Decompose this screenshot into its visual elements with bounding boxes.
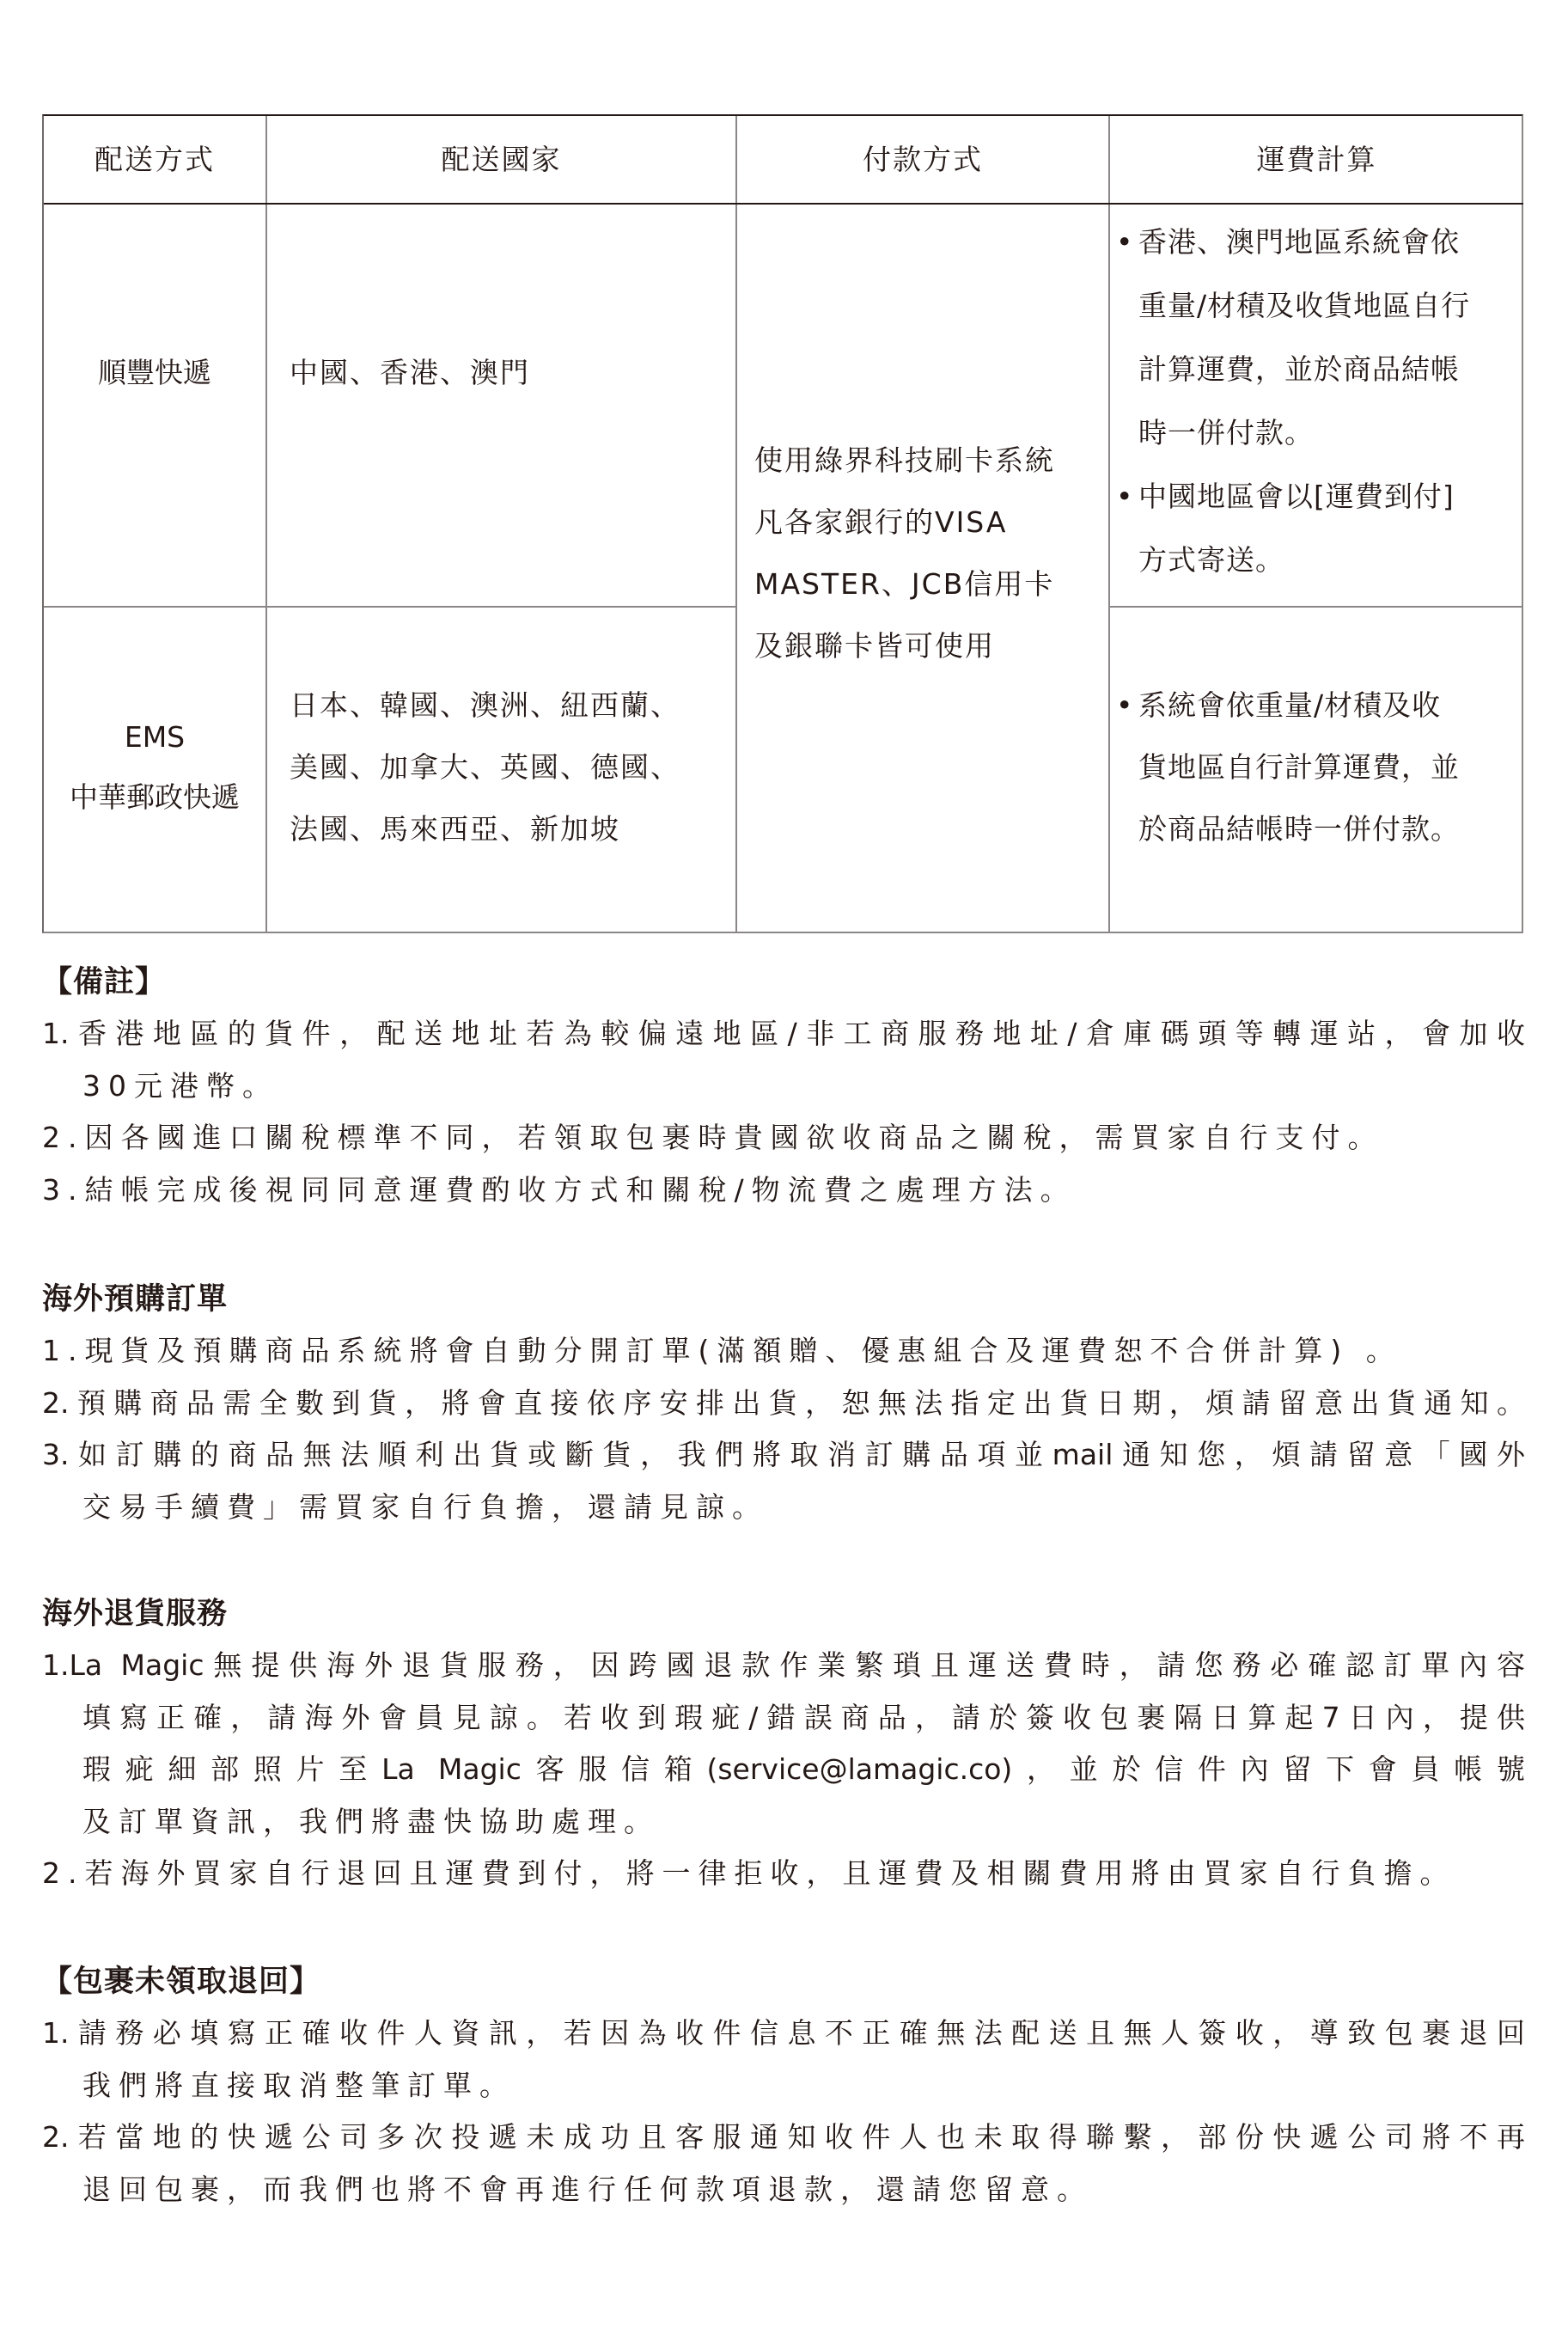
- column-divider: [265, 116, 267, 933]
- row1-countries: 中國、香港、澳門: [290, 341, 530, 404]
- country-line: 日本、韓國、澳洲、紐西蘭、: [290, 675, 680, 737]
- payment-line: 凡各家銀行的VISA: [754, 492, 1115, 553]
- method-subname: 中華郵政快遞: [44, 767, 265, 828]
- method-name: EMS: [44, 707, 265, 767]
- preorder-title: 海外預購訂單: [42, 1274, 1525, 1325]
- row2-fee: • 系統會依重量/材積及收 貨地區自行計算運費，並 於商品結帳時一併付款。: [1113, 675, 1522, 860]
- preorder-line: 3.如訂購的商品無法順利出貨或斷貨，我們將取消訂購品項並mail通知您，煩請留意…: [42, 1429, 1525, 1482]
- notes-line: 2.因各國進口關稅標準不同，若領取包裹時貴國欲收商品之關稅，需買家自行支付。: [42, 1112, 1525, 1164]
- notes-title: 【備註】: [42, 957, 1525, 1008]
- row-divider: [1108, 606, 1523, 608]
- row1-fee: • 香港、澳門地區系統會依 重量/材積及收貨地區自行 計算運費，並於商品結帳 時…: [1113, 211, 1522, 592]
- row2-countries: 日本、韓國、澳洲、紐西蘭、 美國、加拿大、英國、德國、 法國、馬來西亞、新加坡: [290, 675, 680, 860]
- returns-line: 2.若海外買家自行退回且運費到付，將一律拒收，且運費及相關費用將由買家自行負擔。: [42, 1848, 1525, 1900]
- unclaimed-section: 【包裹未領取退回】 1.請務必填寫正確收件人資訊，若因為收件信息不正確無法配送且…: [42, 1956, 1525, 2216]
- row1-method: 順豐快遞: [44, 341, 265, 404]
- fee-line: 時一併付款。: [1138, 401, 1522, 465]
- returns-line: 填寫正確，請海外會員見諒。若收到瑕疵/錯誤商品，請於簽收包裹隔日算起7日內，提供: [42, 1692, 1525, 1745]
- row2-method: EMS 中華郵政快遞: [44, 707, 265, 828]
- unclaimed-title: 【包裹未領取退回】: [42, 1956, 1525, 2008]
- returns-line: 1.La Magic無提供海外退貨服務，因跨國退款作業繁瑣且運送費時，請您務必確…: [42, 1640, 1525, 1692]
- column-divider: [735, 116, 737, 933]
- returns-line: 及訂單資訊，我們將盡快協助處理。: [42, 1796, 1525, 1849]
- row-divider: [44, 606, 735, 608]
- fee-line: 重量/材積及收貨地區自行: [1138, 274, 1522, 338]
- header-shipping-fee: 運費計算: [1110, 116, 1523, 203]
- fee-bullet-item: • 香港、澳門地區系統會依 重量/材積及收貨地區自行 計算運費，並於商品結帳 時…: [1113, 211, 1522, 465]
- bullet-icon: •: [1116, 675, 1133, 737]
- returns-section: 海外退貨服務 1.La Magic無提供海外退貨服務，因跨國退款作業繁瑣且運送費…: [42, 1588, 1525, 1900]
- fee-line: 計算運費，並於商品結帳: [1138, 338, 1522, 401]
- notes-line: 3.結帳完成後視同同意運費酌收方式和關稅/物流費之處理方法。: [42, 1164, 1525, 1217]
- preorder-line: 1.現貨及預購商品系統將會自動分開訂單(滿額贈、優惠組合及運費恕不合併計算) 。: [42, 1325, 1525, 1378]
- payment-line: MASTER、JCB信用卡: [754, 553, 1115, 615]
- payment-line: 使用綠界科技刷卡系統: [754, 430, 1115, 492]
- header-payment-method: 付款方式: [737, 116, 1108, 203]
- returns-line: 瑕疵細部照片至La Magic客服信箱(service@lamagic.co)，…: [42, 1744, 1525, 1796]
- fee-line: 香港、澳門地區系統會依: [1138, 211, 1522, 274]
- preorder-line: 2.預購商品需全數到貨，將會直接依序安排出貨，恕無法指定出貨日期，煩請留意出貨通…: [42, 1378, 1525, 1430]
- unclaimed-line: 1.請務必填寫正確收件人資訊，若因為收件信息不正確無法配送且無人簽收，導致包裹退…: [42, 2008, 1525, 2060]
- bullet-icon: •: [1116, 465, 1133, 529]
- fee-line: 貨地區自行計算運費，並: [1138, 737, 1522, 798]
- notes-section: 【備註】 1.香港地區的貨件，配送地址若為較偏遠地區/非工商服務地址/倉庫碼頭等…: [42, 957, 1525, 1216]
- notes-line: 30元港幣。: [42, 1061, 1525, 1113]
- fee-line: 於商品結帳時一併付款。: [1138, 798, 1522, 860]
- fee-line: 系統會依重量/材積及收: [1138, 675, 1522, 737]
- fee-line: 方式寄送。: [1138, 529, 1522, 592]
- country-line: 美國、加拿大、英國、德國、: [290, 737, 680, 798]
- header-shipping-countries: 配送國家: [267, 116, 735, 203]
- unclaimed-line: 退回包裹，而我們也將不會再進行任何款項退款，還請您留意。: [42, 2164, 1525, 2216]
- payment-method-cell: 使用綠界科技刷卡系統 凡各家銀行的VISA MASTER、JCB信用卡 及銀聯卡…: [754, 430, 1115, 677]
- shipping-table: 配送方式 配送國家 付款方式 運費計算 順豐快遞 中國、香港、澳門 • 香港、澳…: [42, 114, 1523, 933]
- unclaimed-line: 2.若當地的快遞公司多次投遞未成功且客服通知收件人也未取得聯繫，部份快遞公司將不…: [42, 2112, 1525, 2164]
- bullet-icon: •: [1116, 211, 1133, 274]
- returns-title: 海外退貨服務: [42, 1588, 1525, 1640]
- fee-bullet-item: • 中國地區會以[運費到付] 方式寄送。: [1113, 465, 1522, 592]
- payment-line: 及銀聯卡皆可使用: [754, 615, 1115, 677]
- unclaimed-line: 我們將直接取消整筆訂單。: [42, 2060, 1525, 2112]
- country-line: 法國、馬來西亞、新加坡: [290, 798, 680, 860]
- preorder-section: 海外預購訂單 1.現貨及預購商品系統將會自動分開訂單(滿額贈、優惠組合及運費恕不…: [42, 1274, 1525, 1533]
- preorder-line: 交易手續費」需買家自行負擔，還請見諒。: [42, 1482, 1525, 1534]
- header-divider: [44, 203, 1523, 205]
- notes-line: 1.香港地區的貨件，配送地址若為較偏遠地區/非工商服務地址/倉庫碼頭等轉運站，會…: [42, 1008, 1525, 1061]
- fee-bullet-item: • 系統會依重量/材積及收 貨地區自行計算運費，並 於商品結帳時一併付款。: [1113, 675, 1522, 860]
- header-shipping-method: 配送方式: [44, 116, 265, 203]
- fee-line: 中國地區會以[運費到付]: [1138, 465, 1522, 529]
